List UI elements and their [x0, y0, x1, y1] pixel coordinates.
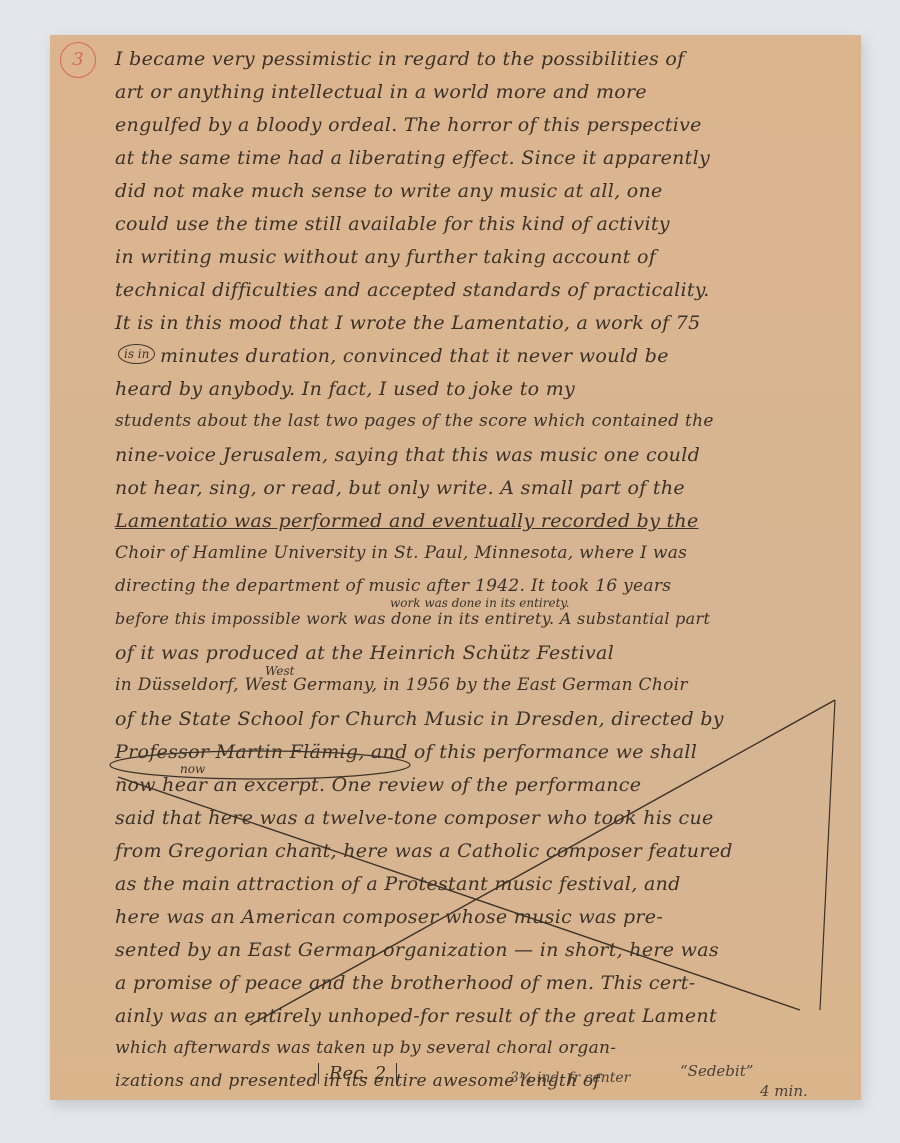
manuscript-line: from Gregorian chant, here was a Catholi… [115, 840, 733, 862]
manuscript-line: Professor Martin Flämig, and of this per… [115, 741, 697, 763]
insertion-now: now [180, 762, 205, 776]
page-number-circle: 3 [60, 42, 96, 78]
manuscript-line: before this impossible work was done in … [115, 609, 710, 628]
manuscript-line: of it was produced at the Heinrich Schüt… [115, 642, 614, 664]
manuscript-line: art or anything intellectual in a world … [115, 81, 647, 103]
manuscript-line: here was an American composer whose musi… [115, 906, 663, 928]
manuscript-line: heard by anybody. In fact, I used to jok… [115, 378, 575, 400]
manuscript-line: now hear an excerpt. One review of the p… [115, 774, 641, 796]
insertion-west: West [265, 664, 294, 678]
manuscript-line: in Düsseldorf, West Germany, in 1956 by … [115, 675, 688, 695]
manuscript-line: ainly was an entirely unhoped-for result… [115, 1005, 717, 1027]
manuscript-line: engulfed by a bloody ordeal. The horror … [115, 114, 702, 136]
manuscript-line: It is in this mood that I wrote the Lame… [115, 312, 701, 334]
manuscript-line: as the main attraction of a Protestant m… [115, 873, 681, 895]
manuscript-line: minutes duration, convinced that it neve… [160, 345, 669, 367]
manuscript-line: in writing music without any further tak… [115, 246, 656, 268]
manuscript-line: directing the department of music after … [115, 576, 671, 596]
manuscript-line: which afterwards was taken up by several… [115, 1038, 616, 1058]
insertion-work-was-done: work was done in its entirety. [390, 596, 569, 610]
manuscript-line: Choir of Hamline University in St. Paul,… [115, 543, 687, 563]
manuscript-line: students about the last two pages of the… [115, 411, 714, 431]
manuscript-line: sented by an East German organization — … [115, 939, 719, 961]
manuscript-line: Lamentatio was performed and eventually … [115, 510, 698, 532]
manuscript-line: at the same time had a liberating effect… [115, 147, 710, 169]
manuscript-line: I became very pessimistic in regard to t… [115, 48, 685, 70]
cue-note: 3¼ ind. fr center [510, 1070, 630, 1086]
manuscript-line: did not make much sense to write any mus… [115, 180, 663, 202]
cue-duration: 4 min. [760, 1082, 808, 1100]
manuscript-line: could use the time still available for t… [115, 213, 670, 235]
manuscript-line: nine-voice Jerusalem, saying that this w… [115, 444, 700, 466]
manuscript-line: not hear, sing, or read, but only write.… [115, 477, 685, 499]
manuscript-line: a promise of peace and the brotherhood o… [115, 972, 695, 994]
manuscript-line: said that here was a twelve-tone compose… [115, 807, 714, 829]
cue-title: “Sedebit” [680, 1062, 753, 1080]
manuscript-line: technical difficulties and accepted stan… [115, 279, 710, 301]
manuscript-line: of the State School for Church Music in … [115, 708, 724, 730]
recording-cue-box: Rec. 2 [318, 1063, 397, 1084]
